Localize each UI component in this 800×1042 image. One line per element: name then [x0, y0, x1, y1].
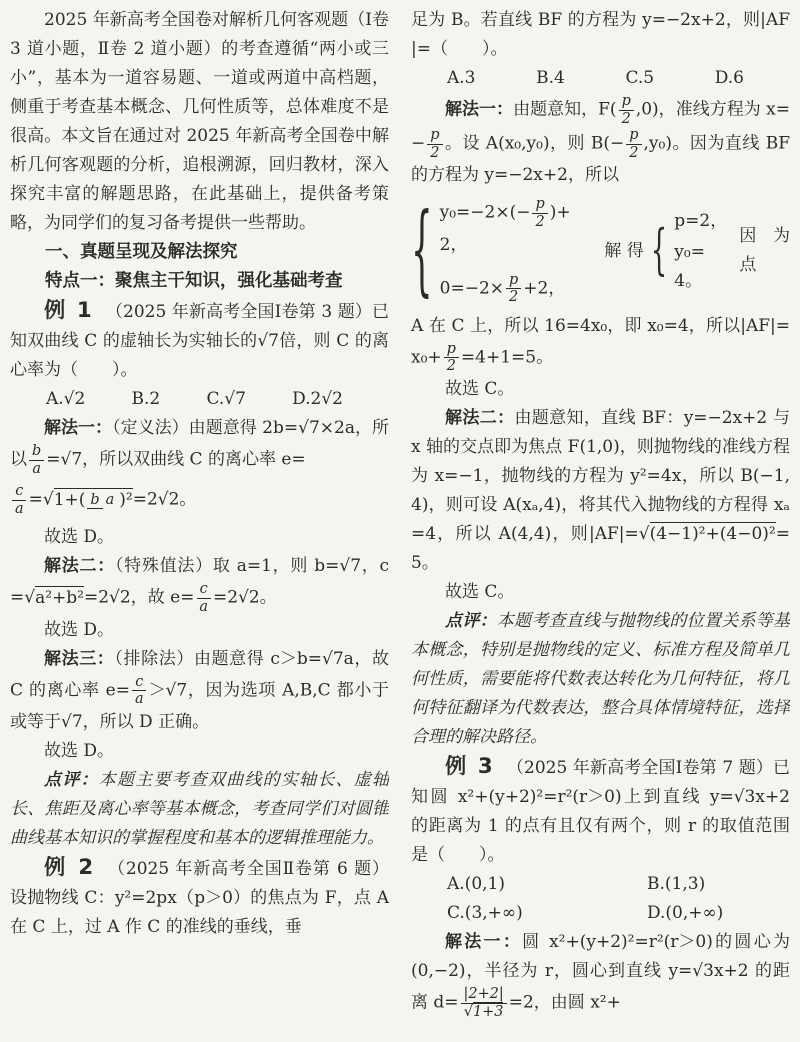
ex2-solution-2-paragraph: 解法二：由题意知，直线 BF：y=−2x+2 与 x 轴的交点即为焦点 F(1,…	[411, 404, 790, 578]
solution-2-paragraph: 解法二：（特殊值法）取 a=1，则 b=√7，c=√a²+b²=2√2，故 e=…	[10, 552, 389, 615]
example-1-label: 例 1	[44, 298, 94, 323]
solution-1-label: 解法一：	[445, 932, 522, 952]
document-page: { "page": {"background": "#f5f4f0", "tex…	[0, 0, 800, 1042]
example-1-options: A.√2 B.2 C.√7 D.2√2	[10, 385, 389, 414]
fraction-c-over-a: ca	[132, 674, 147, 708]
ex2-solution-1-continuation: A 在 C 上，所以 16=4x₀，即 x₀=4，所以|AF|=x₀+p2=4+…	[411, 312, 790, 375]
option-b: B.4	[536, 64, 565, 93]
solution-1-text-2: =√7，所以双曲线 C 的离心率 e=	[46, 450, 305, 470]
fraction-p-over-2: p2	[532, 196, 547, 230]
example-2-paragraph: 例 2（2025 年新高考全国Ⅱ卷第 6 题）设抛物线 C：y²=2px（p＞0…	[10, 853, 389, 942]
example-3-label: 例 3	[445, 754, 495, 779]
fraction-p-over-2: p2	[626, 127, 641, 161]
fraction-b-over-a: ba	[29, 443, 44, 477]
intro-paragraph: 2025 年新高考全国卷对解析几何客观题（Ⅰ卷 3 道小题，Ⅱ卷 2 道小题）的…	[10, 6, 389, 238]
solution-3-conclusion: 故选 D。	[10, 737, 389, 766]
fraction-distance: |2+2|√1+3	[461, 986, 507, 1020]
sqrt-expression: √1+(ba)²	[43, 488, 133, 510]
system-tail: 因为点	[739, 222, 790, 280]
option-a: A.√2	[46, 385, 85, 414]
section-heading: 一、真题呈现及解法探究	[10, 238, 389, 267]
fraction-p-over-2: p2	[619, 93, 634, 127]
fraction-b-over-a-nested: ba	[87, 492, 117, 508]
solution-2-label: 解法二：	[445, 408, 514, 428]
equation-2: 0=−2×p2+2，	[440, 272, 598, 306]
solution-2-label: 解法二：	[44, 556, 115, 576]
option-b: B.2	[132, 385, 161, 414]
fraction-c-over-a: ca	[12, 483, 27, 517]
solution-1-label: 解法一：	[44, 418, 112, 438]
solution-1-paragraph: 解法一：（定义法）由题意得 2b=√7×2a，所以ba=√7，所以双曲线 C 的…	[10, 414, 389, 477]
result-brace: {	[651, 224, 668, 279]
left-brace: {	[411, 202, 433, 301]
solution-1-conclusion: 故选 D。	[10, 523, 389, 552]
option-d: D.6	[715, 64, 744, 93]
option-c: C.√7	[206, 385, 245, 414]
fraction-p-over-2: p2	[427, 127, 442, 161]
right-column: 足为 B。若直线 BF 的方程为 y=−2x+2，则|AF|=（ ）。 A.3 …	[411, 6, 790, 1036]
option-c: C.5	[625, 64, 654, 93]
eccentricity-display-formula: ca=√1+(ba)²=2√2。	[10, 477, 389, 523]
sqrt-body: 1+(ba)²	[54, 488, 133, 510]
example-3-options: A.(0,1) B.(1,3) C.(3,+∞) D.(0,+∞)	[411, 870, 790, 928]
comment-label: 点评：	[44, 770, 99, 790]
solve-label: 解 得	[604, 237, 643, 266]
option-a: A.(0,1)	[447, 870, 647, 899]
comment-label: 点评：	[445, 611, 497, 631]
solution-3-label: 解法三：	[44, 649, 114, 669]
example-1-comment: 点评：本题主要考查双曲线的实轴长、虚轴长、焦距及离心率等基本概念，考查同学们对圆…	[10, 766, 389, 853]
equation-1: y₀=−2×(−p2)+2，	[440, 196, 598, 259]
example-1-paragraph: 例 1（2025 年新高考全国Ⅰ卷第 3 题）已知双曲线 C 的虚轴长为实轴长的…	[10, 296, 389, 385]
example-2-continuation: 足为 B。若直线 BF 的方程为 y=−2x+2，则|AF|=（ ）。	[411, 6, 790, 64]
ex2-solution-2-conclusion: 故选 C。	[411, 578, 790, 607]
solution-1-label: 解法一：	[445, 100, 513, 120]
feature-heading: 特点一：聚焦主干知识，强化基础考查	[10, 267, 389, 296]
equations: y₀=−2×(−p2)+2， 0=−2×p2+2，	[440, 196, 598, 305]
fraction-p-over-2: p2	[506, 272, 521, 306]
sqrt-denominator: √1+3	[461, 1004, 507, 1021]
solution-3-paragraph: 解法三：（排除法）由题意得 c＞b=√7a，故 C 的离心率 e=ca＞√7，因…	[10, 645, 389, 737]
fraction-c-over-a: ca	[196, 581, 211, 615]
sqrt-a2-b2: √a²+b²	[24, 586, 84, 608]
article-page: 2025 年新高考全国卷对解析几何客观题（Ⅰ卷 3 道小题，Ⅱ卷 2 道小题）的…	[0, 0, 800, 1042]
system-of-equations: { y₀=−2×(−p2)+2， 0=−2×p2+2， 解 得 { p=2， y…	[411, 196, 790, 305]
option-a: A.3	[447, 64, 476, 93]
left-column: 2025 年新高考全国卷对解析几何客观题（Ⅰ卷 3 道小题，Ⅱ卷 2 道小题）的…	[10, 6, 389, 1036]
example-2-options: A.3 B.4 C.5 D.6	[411, 64, 790, 93]
ex2-solution-1-paragraph: 解法一：由题意知，F(p2,0)，准线方程为 x=−p2。设 A(x₀,y₀)，…	[411, 93, 790, 190]
option-c: C.(3,+∞)	[447, 899, 647, 928]
result-1: p=2，	[674, 207, 732, 236]
result-2: y₀=4。	[674, 238, 732, 296]
option-d: D.(0,+∞)	[647, 899, 790, 928]
solution-results: p=2， y₀=4。	[674, 207, 732, 296]
solution-2-conclusion: 故选 D。	[10, 616, 389, 645]
ex2-solution-1-conclusion: 故选 C。	[411, 375, 790, 404]
example-3-paragraph: 例 3（2025 年新高考全国Ⅰ卷第 7 题）已知圆 x²+(y+2)²=r²(…	[411, 752, 790, 870]
fraction-p-over-2: p2	[444, 341, 459, 375]
sqrt-distance: √(4−1)²+(4−0)²	[639, 522, 776, 544]
ex3-solution-1-paragraph: 解法一：圆 x²+(y+2)²=r²(r＞0)的圆心为(0,−2)，半径为 r，…	[411, 928, 790, 1020]
option-d: D.2√2	[292, 385, 343, 414]
example-2-comment: 点评：本题考查直线与抛物线的位置关系等基本概念，特别是抛物线的定义、标准方程及简…	[411, 607, 790, 752]
option-b: B.(1,3)	[647, 870, 790, 899]
example-2-label: 例 2	[44, 855, 95, 880]
